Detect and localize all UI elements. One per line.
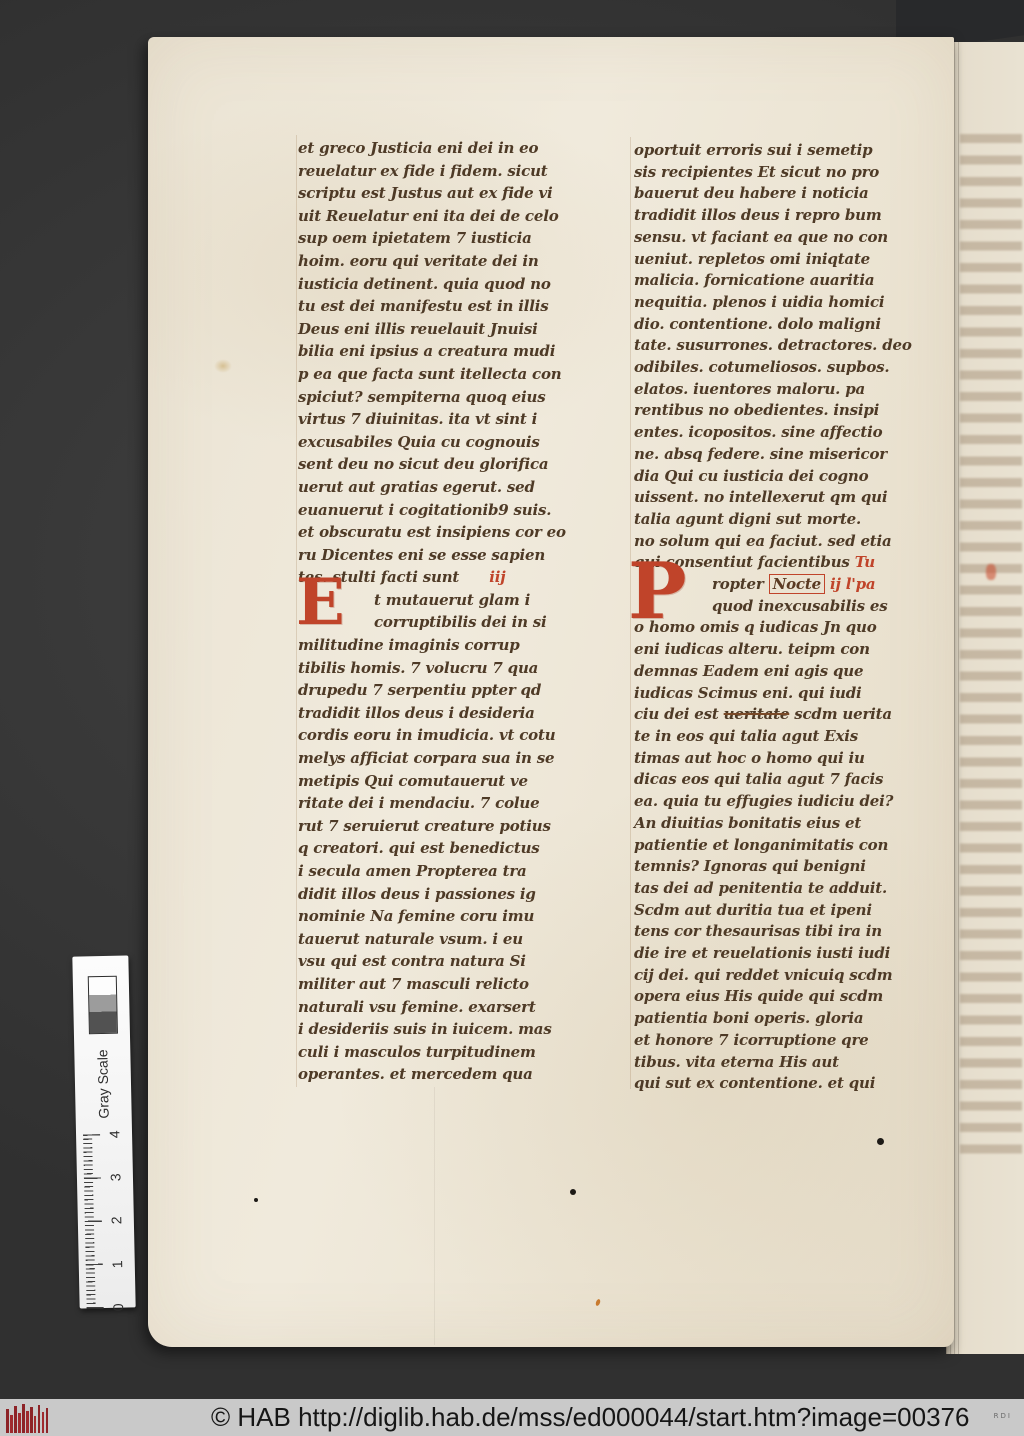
manuscript-text-line: tradidit illos deus i desideria — [298, 702, 630, 725]
ruler-number: 1 — [95, 1255, 139, 1272]
manuscript-text-line: euanuerut i cogitationib9 suis. — [298, 499, 630, 522]
manuscript-text-line: bilia eni ipsius a creatura mudi — [298, 340, 630, 363]
manuscript-text-line: scriptu est Justus aut ex fide vi — [298, 182, 630, 205]
manuscript-text-line: ne. absq federe. sine misericor — [634, 444, 966, 466]
manuscript-text-line: dicas eos qui talia agut 7 facis — [634, 769, 966, 791]
manuscript-text-line: drupedu 7 serpentiu ppter qd — [298, 679, 630, 702]
fold-line — [434, 1087, 435, 1345]
barcode-bar — [26, 1411, 29, 1433]
manuscript-text-line: patientia boni operis. gloria — [634, 1008, 966, 1030]
barcode-bar — [46, 1408, 49, 1433]
manuscript-text-line: p ea que facta sunt itellecta con — [298, 363, 630, 386]
manuscript-text-line: Deus eni illis reuelauit Jnuisi — [298, 318, 630, 341]
manuscript-text-line: qui sut ex contentione. et qui — [634, 1073, 966, 1095]
manuscript-text-line: odibiles. cotumeliosos. supbos. — [634, 357, 966, 379]
manuscript-text-line: ciu dei est ueritate scdm uerita — [634, 704, 966, 726]
manuscript-text-line: tate. susurrones. detractores. deo — [634, 335, 966, 357]
manuscript-text-line: timas aut hoc o homo qui iu — [634, 748, 966, 770]
barcode-bar — [38, 1405, 41, 1433]
manuscript-text-line: iudicas Scimus eni. qui iudi — [634, 683, 966, 705]
corner-mark-text: RDI — [994, 1412, 1012, 1420]
photo-stage: et greco Justicia eni dei in eoreuelatur… — [0, 0, 1024, 1436]
manuscript-text-line: tauerut naturale vsum. i eu — [298, 928, 630, 951]
barcode-bar — [34, 1416, 37, 1433]
manuscript-text-line: et honore 7 icorruptione qre — [634, 1030, 966, 1052]
prick-hole-dot — [877, 1138, 884, 1145]
manuscript-text-line: entes. icopositos. sine affectio — [634, 422, 966, 444]
barcode-bar — [42, 1412, 45, 1433]
manuscript-text-line: corruptibilis dei in si — [298, 611, 630, 634]
manuscript-text-line: elatos. iuentores maloru. pa — [634, 379, 966, 401]
manuscript-text-line: dia Qui cu iusticia dei cogno — [634, 466, 966, 488]
manuscript-text-line: sup oem ipietatem 7 iusticia — [298, 227, 630, 250]
manuscript-text-line: opera eius His quide qui scdm — [634, 986, 966, 1008]
manuscript-text-line: temnis? Ignoras qui benigni — [634, 856, 966, 878]
barcode-bar — [6, 1409, 9, 1433]
manuscript-text-line: malicia. fornicatione auaritia — [634, 270, 966, 292]
barcode-bar — [30, 1407, 33, 1433]
manuscript-text-line: i desideriis suis in iuicem. mas — [298, 1018, 630, 1041]
barcode-bar — [18, 1413, 21, 1433]
manuscript-text-line: hoim. eoru qui veritate dei in — [298, 250, 630, 273]
manuscript-text-line: ru Dicentes eni se esse sapien — [298, 544, 630, 567]
pigment-speck — [595, 1299, 601, 1307]
manuscript-text-line: vsu qui est contra natura Si — [298, 950, 630, 973]
manuscript-text-line: demnas Eadem eni agis que — [634, 661, 966, 683]
copyright-text: © HAB http://diglib.hab.de/mss/ed000044/… — [211, 1402, 969, 1433]
bleed-through-text — [960, 134, 1022, 1166]
grayscale-patch — [88, 976, 118, 1035]
manuscript-text-line: uit Reuelatur eni ita dei de celo — [298, 205, 630, 228]
manuscript-text-line: uerut aut gratias egerut. sed — [298, 476, 630, 499]
manuscript-text-line: t mutauerut glam i — [298, 589, 630, 612]
manuscript-text-line: tibus. vita eterna His aut — [634, 1052, 966, 1074]
manuscript-text-line: An diuitias bonitatis eius et — [634, 813, 966, 835]
ruler-number: 0 — [96, 1299, 140, 1316]
manuscript-text-line: ea. quia tu effugies iudiciu dei? — [634, 791, 966, 813]
manuscript-text-line: reuelatur ex fide i fidem. sicut — [298, 160, 630, 183]
manuscript-text-line: tens cor thesaurisas tibi ira in — [634, 921, 966, 943]
manuscript-text-line: rut 7 seruierut creature potius — [298, 815, 630, 838]
illuminated-initial-p: P — [628, 553, 687, 631]
manuscript-text-line: rentibus no obedientes. insipi — [634, 400, 966, 422]
manuscript-text-line: talia agunt digni sut morte. — [634, 509, 966, 531]
manuscript-text-line: oportuit erroris sui i semetip — [634, 140, 966, 162]
manuscript-text-line: sensu. vt faciant ea que no con — [634, 227, 966, 249]
grayscale-ruler-card: Gray Scale 43210 — [72, 955, 135, 1308]
barcode-bar — [14, 1406, 17, 1433]
manuscript-text-line: metipis Qui comutauerut ve — [298, 770, 630, 793]
manuscript-text-line: uissent. no intellexerut qm qui — [634, 487, 966, 509]
ruler-numbers: 43210 — [106, 1113, 127, 1329]
ruler-number: 2 — [94, 1212, 138, 1229]
manuscript-text-line: et obscuratu est insipiens cor eo — [298, 521, 630, 544]
manuscript-text-line: ritate dei i mendaciu. 7 colue — [298, 792, 630, 815]
manuscript-text-line: cordis eoru in imudicia. vt cotu — [298, 724, 630, 747]
footer-bar: © HAB http://diglib.hab.de/mss/ed000044/… — [0, 1399, 1024, 1436]
calibration-barcode-icon — [6, 1402, 48, 1433]
manuscript-text-line: cij dei. qui reddet vnicuiq scdm — [634, 965, 966, 987]
manuscript-text-line: dio. contentione. dolo maligni — [634, 314, 966, 336]
manuscript-text-line: et greco Justicia eni dei in eo — [298, 137, 630, 160]
manuscript-text-line: te in eos qui talia agut Exis — [634, 726, 966, 748]
manuscript-text-line: q creatori. qui est benedictus — [298, 837, 630, 860]
manuscript-text-line: melys afficiat corpara sua in se — [298, 747, 630, 770]
prick-hole-dot — [254, 1198, 258, 1202]
manuscript-text-line: iusticia detinent. quia quod no — [298, 273, 630, 296]
manuscript-text-line: didit illos deus i passiones ig — [298, 883, 630, 906]
manuscript-text-line: operantes. et mercedem qua — [298, 1063, 630, 1086]
parchment-stain — [214, 359, 232, 373]
manuscript-text-line: militer aut 7 masculi relicto — [298, 973, 630, 996]
manuscript-text-line: tes. stulti facti sunt iij — [298, 566, 630, 589]
manuscript-text-line: tu est dei manifestu est in illis — [298, 295, 630, 318]
manuscript-text-line: naturali vsu femine. exarsert — [298, 996, 630, 1019]
manuscript-text-line: eni iudicas alteru. teipm con — [634, 639, 966, 661]
manuscript-text-line: tradidit illos deus i repro bum — [634, 205, 966, 227]
manuscript-text-line: spiciut? sempiterna quoq eius — [298, 386, 630, 409]
manuscript-text-line: tibilis homis. 7 volucru 7 qua — [298, 657, 630, 680]
manuscript-text-line: Scdm aut duritia tua et ipeni — [634, 900, 966, 922]
manuscript-text-line: bauerut deu habere i noticia — [634, 183, 966, 205]
manuscript-text-line: sis recipientes Et sicut no pro — [634, 162, 966, 184]
manuscript-text-line: nequitia. plenos i uidia homici — [634, 292, 966, 314]
manuscript-text-line: ueniut. repletos omi iniqtate — [634, 249, 966, 271]
manuscript-text-line: patientie et longanimitatis con — [634, 835, 966, 857]
barcode-bar — [22, 1404, 25, 1433]
ruler-number: 3 — [93, 1169, 137, 1186]
barcode-bar — [10, 1415, 13, 1433]
manuscript-text-line: virtus 7 diuinitas. ita vt sint i — [298, 408, 630, 431]
manuscript-text-line: militudine imaginis corrup — [298, 634, 630, 657]
manuscript-text-line: i secula amen Propterea tra — [298, 860, 630, 883]
manuscript-text-line: die ire et reuelationis iusti iudi — [634, 943, 966, 965]
illuminated-initial-e: E — [296, 571, 345, 635]
bleed-through-rubric — [986, 564, 996, 580]
manuscript-text-line: nominie Na femine coru imu — [298, 905, 630, 928]
grayscale-label: Gray Scale — [94, 1049, 111, 1119]
manuscript-text-line: excusabiles Quia cu cognouis — [298, 431, 630, 454]
text-column-left: et greco Justicia eni dei in eoreuelatur… — [298, 137, 630, 1086]
manuscript-page: et greco Justicia eni dei in eoreuelatur… — [148, 37, 954, 1347]
manuscript-text-line: tas dei ad penitentia te adduit. — [634, 878, 966, 900]
manuscript-text-line: sent deu no sicut deu glorifica — [298, 453, 630, 476]
prick-hole-dot — [570, 1189, 576, 1195]
ruler-number: 4 — [92, 1126, 136, 1143]
manuscript-text-line: culi i masculos turpitudinem — [298, 1041, 630, 1064]
